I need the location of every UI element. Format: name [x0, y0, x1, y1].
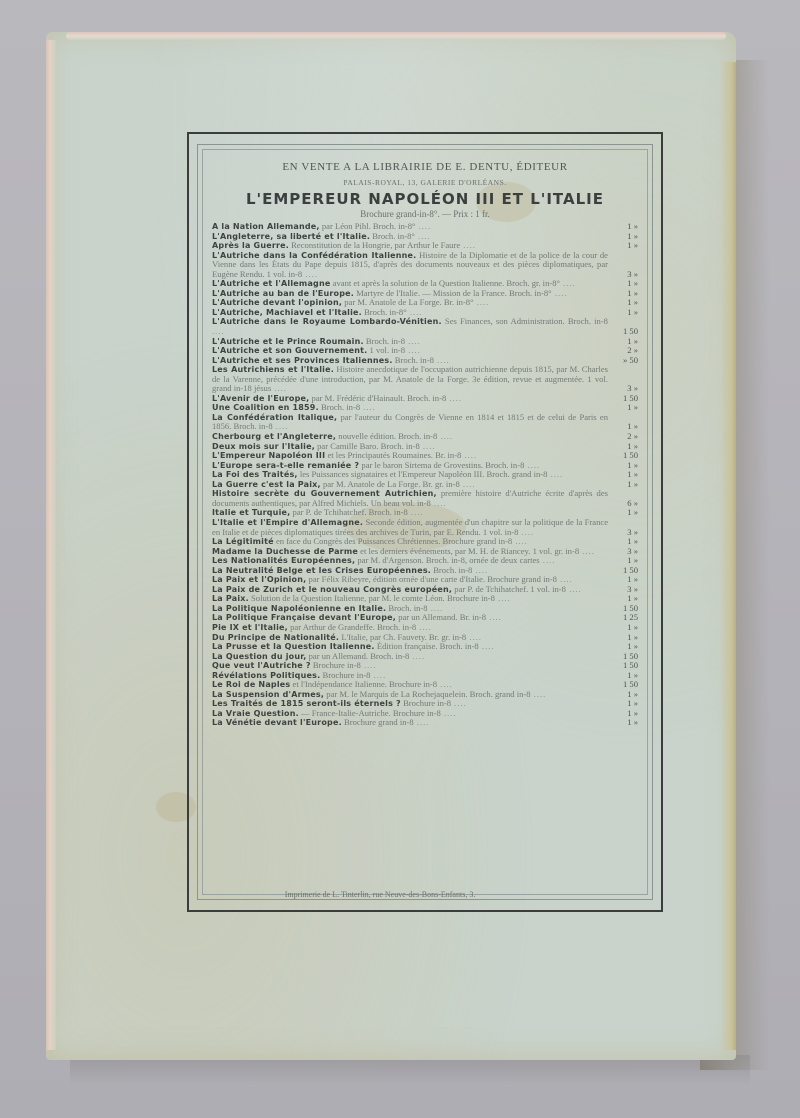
catalog-entry-title: Madame la Duchesse de Parme [212, 547, 358, 556]
catalog-entry-description: Brochure in-8 [313, 660, 361, 670]
catalog-entry-description: nouvelle édition. Broch. in-8 [338, 431, 437, 441]
advertisement-frame: EN VENTE A LA LIBRAIRIE DE E. DENTU, ÉDI… [187, 132, 663, 912]
catalog-entry: Que veut l'Autriche ? Brochure in-8 ....… [212, 661, 638, 671]
catalog-entry-title: Du Principe de Nationalité. [212, 633, 339, 642]
catalog-entry-description: avant et après la solution de la Questio… [333, 278, 560, 288]
leader-dots: .... [566, 584, 582, 594]
leader-dots: .... [495, 593, 511, 603]
catalog-entry-text: L'Italie et l'Empire d'Allemagne. Second… [212, 518, 608, 537]
catalog-entry-description: et les derniers événements, par M. H. de… [360, 546, 579, 556]
catalog-entry: L'Italie et l'Empire d'Allemagne. Second… [212, 518, 638, 537]
advertisement-content: EN VENTE A LA LIBRAIRIE DE E. DENTU, ÉDI… [212, 157, 638, 728]
catalog-entry-description: en face du Congrès des Puissances Chréti… [276, 536, 512, 546]
catalog-entry-title: L'Autriche et son Gouvernement. [212, 346, 367, 355]
catalog-entry-description: par M. le Marquis de La Rochejaquelein. … [326, 689, 530, 699]
leader-dots: .... [271, 383, 287, 393]
catalog-entry-title: La Question du jour, [212, 652, 306, 661]
catalog-entry-title: Pie IX et l'Italie, [212, 623, 288, 632]
catalog-entry-description: Reconstitution de la Hongrie, par Arthur… [291, 240, 460, 250]
catalog-entry-title: Deux mois sur l'Italie, [212, 442, 315, 451]
leader-dots: .... [461, 450, 477, 460]
catalog-entry-description: — France-Italie-Autriche. Brochure in-8 [301, 708, 441, 718]
leader-dots: .... [434, 355, 450, 365]
catalog-entry-title: La Légitimité [212, 537, 274, 546]
leader-dots: .... [360, 402, 376, 412]
catalog-entry-price: » 50 [608, 356, 638, 366]
catalog-entry: La Question du jour, par un Allemand. Br… [212, 652, 638, 662]
leader-dots: .... [405, 336, 421, 346]
catalog-entry-description: Broch. in-8° [364, 307, 407, 317]
catalog-entry-description: par Arthur de Grandeffe. Broch. in-8 [290, 622, 416, 632]
catalog-entry-description: et l'Indépendance Italienne. Brochure in… [293, 679, 437, 689]
catalog-entry-title: Après la Guerre. [212, 241, 289, 250]
catalog-entry-title: L'Autriche et l'Allemagne [212, 279, 331, 288]
leader-dots: .... [415, 221, 431, 231]
leader-dots: .... [479, 641, 495, 651]
catalog-entry-description: Broch. in-8 [395, 355, 434, 365]
leader-dots: .... [466, 632, 482, 642]
leader-dots: .... [431, 498, 447, 508]
catalog-entry-description: 1 vol. in-8 [370, 345, 406, 355]
leader-dots: .... [524, 460, 540, 470]
catalog-entry-title: L'Autriche au ban de l'Europe. [212, 289, 354, 298]
leader-dots: .... [512, 536, 528, 546]
leader-dots: .... [460, 240, 476, 250]
catalog-entry-title: La Vénétie devant l'Europe. [212, 718, 342, 727]
catalog-entry-title: L'Autriche dans le Royaume Lombardo-Véni… [212, 317, 442, 326]
leader-dots: .... [540, 555, 556, 565]
catalog-entry-description: Édition française. Broch. in-8 [377, 641, 479, 651]
publisher-address: PALAIS-ROYAL, 13, GALERIE D'ORLÉANS. [212, 178, 638, 187]
leader-dots: .... [460, 479, 476, 489]
catalog-entry-description: Broch. in-8 [388, 603, 427, 613]
leader-dots: .... [486, 612, 502, 622]
catalog-entry-description: par P. de Tchihatchef. Broch. in-8 [293, 507, 408, 517]
leader-dots: .... [414, 717, 430, 727]
catalog-entry-text: Les Autrichiens et l'Italie. Histoire an… [212, 365, 608, 394]
catalog-entry-text: La Question du jour, par un Allemand. Br… [212, 652, 608, 662]
catalog-entry-description: Broch. in-8 [433, 565, 472, 575]
catalog-entry-description: par M. d'Argenson. Broch. in-8, ornée de… [357, 555, 539, 565]
catalog-entry-text: Les Nationalités Européennes, par M. d'A… [212, 556, 608, 566]
leader-dots: .... [370, 670, 386, 680]
leader-dots: .... [415, 231, 431, 241]
catalog-entry-description: par M. Anatole de La Forge. Br. gr. in-8 [323, 479, 460, 489]
catalog-entry-description: par le baron Sirtema de Grovestins. Broc… [361, 460, 524, 470]
cover-left-edge [46, 40, 56, 1050]
catalog-entry: Les Nationalités Européennes, par M. d'A… [212, 556, 638, 566]
catalog-entry-text: La Confédération Italique, par l'auteur … [212, 413, 608, 432]
catalog-entry-description: Brochure in-8 [323, 670, 371, 680]
leader-dots: .... [474, 297, 490, 307]
catalog-entry-description: Broch. in-8° [372, 231, 415, 241]
catalog-entry-description: Brochure in-8 [403, 698, 451, 708]
catalog-entry-text: Que veut l'Autriche ? Brochure in-8 .... [212, 661, 608, 671]
catalog-entry-description: par P. de Tchihatchef. 1 vol. in-8 [454, 584, 566, 594]
catalog-entry: L'Autriche devant l'opinion, par M. Anat… [212, 298, 638, 308]
leader-dots: .... [273, 421, 289, 431]
leader-dots: .... [361, 660, 377, 670]
catalog-entry-title: L'Autriche et le Prince Roumain. [212, 337, 364, 346]
catalog-entry-description: par Léon Pihl. Broch. in-8° [322, 221, 416, 231]
leader-dots: .... [518, 527, 534, 537]
catalog-entry-description: Martyre de l'Italie. — Mission de la Fra… [356, 288, 551, 298]
leader-dots: .... [472, 565, 488, 575]
catalog-entry-title: La Paix et l'Opinion, [212, 575, 306, 584]
catalog-entry-description: L'Italie, par Ch. Fauvety. Br. gr. in-8 [341, 632, 466, 642]
cover-top-edge [66, 32, 726, 40]
catalog-entry-title: L'Autriche, Machiavel et l'Italie. [212, 308, 362, 317]
catalog-entry: Histoire secrète du Gouvernement Autrich… [212, 489, 638, 508]
catalog-entry-description: les Puissances signataires et l'Empereur… [300, 469, 548, 479]
leader-dots: .... [428, 603, 444, 613]
leader-dots: .... [579, 546, 595, 556]
catalog-entry-description: Solution de la Question Italienne, par M… [251, 593, 495, 603]
leader-dots: .... [416, 622, 432, 632]
catalog-entry-price: 1 » [608, 241, 638, 251]
leader-dots: .... [302, 269, 318, 279]
catalog-entry-description: par Camille Baro. Broch. in-8 [317, 441, 420, 451]
leader-dots: .... [552, 288, 568, 298]
leader-dots: .... [437, 679, 453, 689]
leader-dots: .... [407, 307, 423, 317]
catalog-entry-description: Broch. in-8 [321, 402, 360, 412]
cover-right-edge [720, 62, 736, 1050]
leader-dots: .... [531, 689, 547, 699]
catalog-entry-description: par un Allemand. Broch. in-8 [309, 651, 410, 661]
leader-dots: .... [408, 507, 424, 517]
frame-inner-border: EN VENTE A LA LIBRAIRIE DE E. DENTU, ÉDI… [197, 144, 653, 900]
featured-title: L'EMPEREUR NAPOLÉON III ET L'ITALIE [212, 190, 638, 208]
catalog-entry-title: La Foi des Traités, [212, 470, 298, 479]
catalog-list: A la Nation Allemande, par Léon Pihl. Br… [212, 222, 638, 728]
catalog-entry-price: 1 » [608, 480, 638, 490]
leader-dots: .... [409, 651, 425, 661]
catalog-entry-title: La Politique Napoléonienne en Italie. [212, 604, 386, 613]
catalog-entry-title: Les Nationalités Européennes, [212, 556, 355, 565]
catalog-entry-description: par Félix Ribeyre, édition ornée d'une c… [309, 574, 557, 584]
leader-dots: .... [405, 345, 421, 355]
printer-imprint: Imprimerie de L. Tinterlin, rue Neuve-de… [141, 890, 619, 899]
catalog-entry-description: par M. Anatole de La Forge. Br. in-8° [344, 297, 473, 307]
leader-dots: .... [420, 441, 436, 451]
catalog-entry: L'Autriche et le Prince Roumain. Broch. … [212, 337, 638, 347]
catalog-entry-price: 1 » [608, 403, 638, 413]
catalog-entry-title: Italie et Turquie, [212, 508, 290, 517]
catalog-entry-price: 1 » [608, 308, 638, 318]
leader-dots: .... [557, 574, 573, 584]
catalog-entry-text: L'Autriche dans la Confédération Italien… [212, 251, 608, 280]
catalog-entry: La Confédération Italique, par l'auteur … [212, 413, 638, 432]
catalog-entry: L'Autriche dans la Confédération Italien… [212, 251, 638, 280]
catalog-entry-title: A la Nation Allemande, [212, 222, 320, 231]
catalog-entry-price: 1 » [608, 718, 638, 728]
leader-dots: .... [560, 278, 576, 288]
catalog-entry-title: Le Roi de Naples [212, 680, 290, 689]
catalog-entry-title: L'Avenir de l'Europe, [212, 394, 309, 403]
leader-dots: .... [547, 469, 563, 479]
catalog-entry-description: et les Principautés Roumaines. Br. in-8 [327, 450, 461, 460]
catalog-entry: L'Autriche dans le Royaume Lombardo-Véni… [212, 317, 638, 336]
catalog-entry-title: Une Coalition en 1859. [212, 403, 319, 412]
catalog-entry: La Vénétie devant l'Europe. Brochure gra… [212, 718, 638, 728]
catalog-entry-title: L'Autriche devant l'opinion, [212, 298, 342, 307]
catalog-entry-text: L'Autriche dans le Royaume Lombardo-Véni… [212, 317, 608, 336]
leader-dots: .... [212, 326, 225, 336]
publisher-heading: EN VENTE A LA LIBRAIRIE DE E. DENTU, ÉDI… [212, 161, 638, 173]
catalog-entry-title: Que veut l'Autriche ? [212, 661, 311, 670]
catalog-entry-title: La Suspension d'Armes, [212, 690, 324, 699]
book-back-cover: EN VENTE A LA LIBRAIRIE DE E. DENTU, ÉDI… [46, 32, 736, 1060]
catalog-entry-price: 1 » [608, 508, 638, 518]
catalog-entry-text: L'Avenir de l'Europe, par M. Frédéric d'… [212, 394, 608, 404]
catalog-entry: L'Avenir de l'Europe, par M. Frédéric d'… [212, 394, 638, 404]
catalog-entry-description: par M. Frédéric d'Hainault. Broch. in-8 [312, 393, 447, 403]
leader-dots: .... [451, 698, 467, 708]
catalog-entry: Les Autrichiens et l'Italie. Histoire an… [212, 365, 638, 394]
featured-subtitle: Brochure grand-in-8°. — Prix : 1 fr. [212, 209, 638, 219]
leader-dots: .... [446, 393, 462, 403]
catalog-entry-title: La Guerre c'est la Paix, [212, 480, 321, 489]
catalog-entry-title: La Paix. [212, 594, 249, 603]
catalog-entry-description: Broch. in-8 [366, 336, 405, 346]
catalog-entry-title: La Vraie Question. [212, 709, 299, 718]
catalog-entry-text: Histoire secrète du Gouvernement Autrich… [212, 489, 608, 508]
catalog-entry-description: Ses Finances, son Administration. Broch.… [445, 316, 608, 326]
leader-dots: .... [441, 708, 457, 718]
catalog-entry-description: Brochure grand in-8 [344, 717, 414, 727]
catalog-entry-text: La Vénétie devant l'Europe. Brochure gra… [212, 718, 608, 728]
leader-dots: .... [437, 431, 453, 441]
catalog-entry-description: par un Allemand. Br. in-8 [398, 612, 486, 622]
catalog-entry-title: L'Empereur Napoléon III [212, 451, 325, 460]
